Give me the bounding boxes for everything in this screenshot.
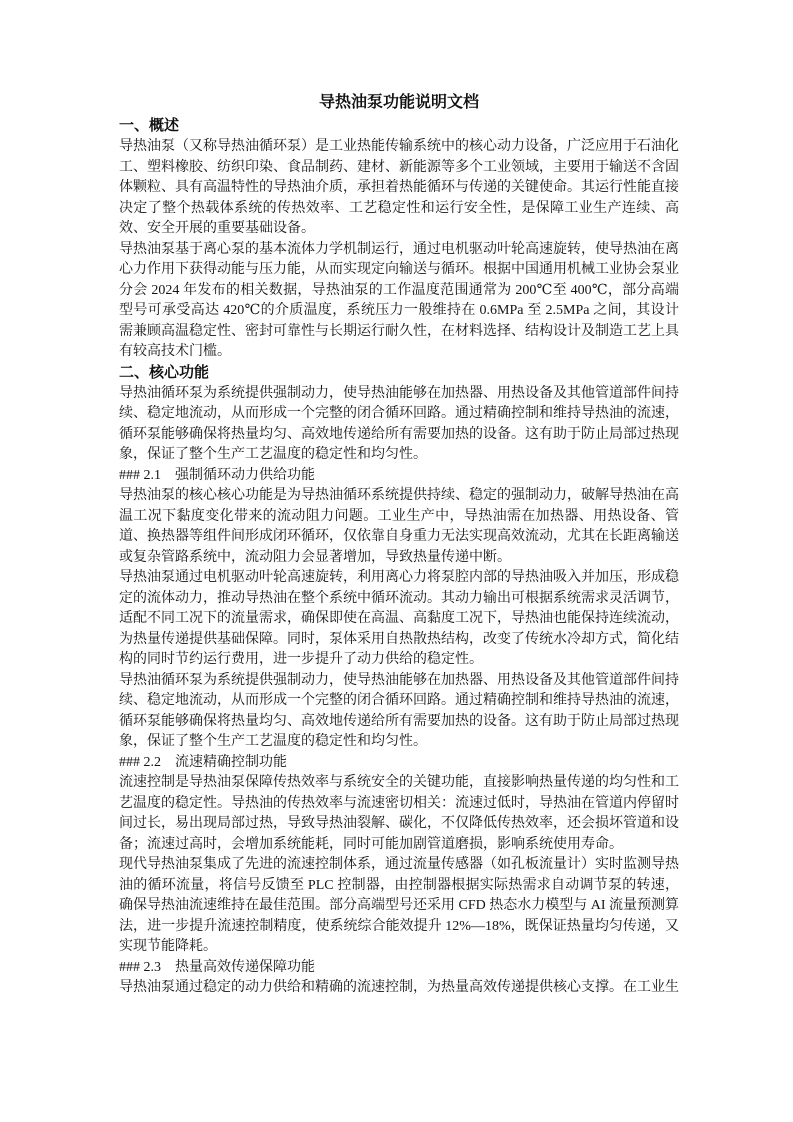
paragraph-2-1-c: 导热油循环泵为系统提供强制动力，使导热油能够在加热器、用热设备及其他管道部件间持… [119, 671, 679, 753]
paragraph-2-1-b: 导热油泵通过电机驱动叶轮高速旋转，利用离心力将泵腔内部的导热油吸入并加压，形成稳… [119, 568, 679, 671]
paragraph-core-intro: 导热油循环泵为系统提供强制动力，使导热油能够在加热器、用热设备及其他管道部件间持… [119, 384, 679, 466]
section-heading-core-functions: 二、核心功能 [119, 363, 679, 384]
markdown-heading-2-3: ### 2.3 热量高效传递保障功能 [119, 958, 679, 979]
paragraph-2-2-b: 现代导热油泵集成了先进的流速控制体系，通过流量传感器（如孔板流量计）实时监测导热… [119, 855, 679, 958]
markdown-heading-2-2: ### 2.2 流速精确控制功能 [119, 753, 679, 774]
document-title: 导热油泵功能说明文档 [119, 92, 679, 114]
document-page: 导热油泵功能说明文档 一、概述 导热油泵（又称导热油循环泵）是工业热能传输系统中… [119, 92, 679, 999]
paragraph-2-2-a: 流速控制是导热油泵保障传热效率与系统安全的关键功能，直接影响热量传递的均匀性和工… [119, 773, 679, 855]
section-heading-overview: 一、概述 [119, 116, 679, 137]
paragraph-2-1-a: 导热油泵的核心核心功能是为导热油循环系统提供持续、稳定的强制动力，破解导热油在高… [119, 486, 679, 568]
paragraph-overview-1: 导热油泵（又称导热油循环泵）是工业热能传输系统中的核心动力设备，广泛应用于石油化… [119, 137, 679, 240]
paragraph-overview-2: 导热油泵基于离心泵的基本流体力学机制运行，通过电机驱动叶轮高速旋转，使导热油在离… [119, 240, 679, 363]
markdown-heading-2-1: ### 2.1 强制循环动力供给功能 [119, 466, 679, 487]
paragraph-2-3-a: 导热油泵通过稳定的动力供给和精确的流速控制，为热量高效传递提供核心支撑。在工业生 [119, 978, 679, 999]
